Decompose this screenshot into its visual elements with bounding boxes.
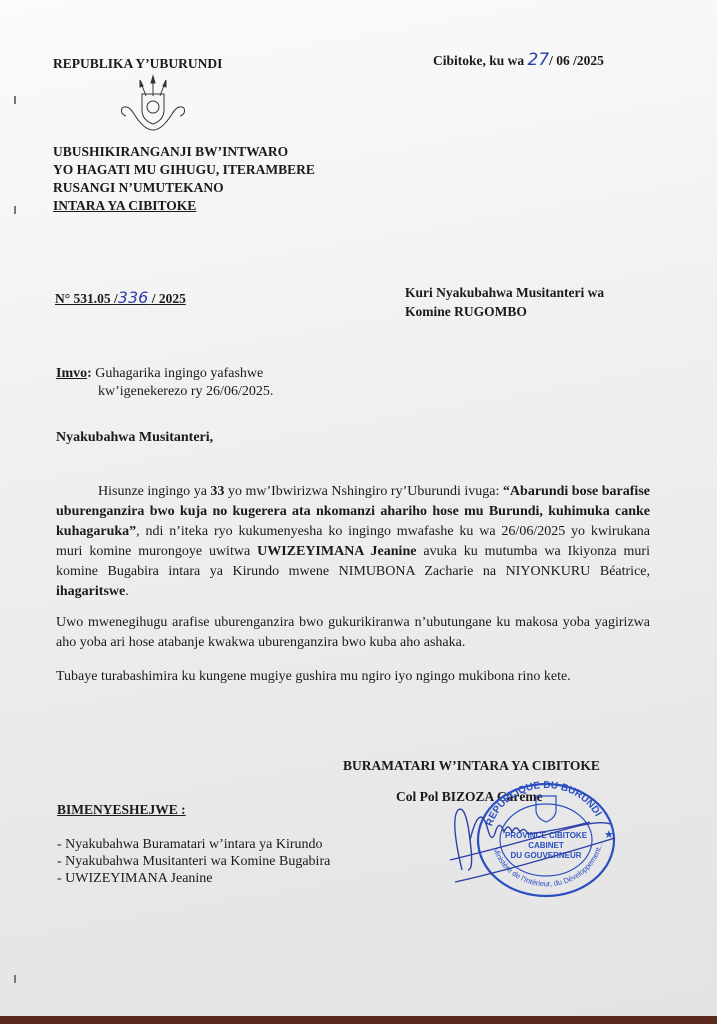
- body-paragraph-3: Tubaye turabashimira ku kungene mugiye g…: [56, 667, 650, 687]
- subject-colon: :: [87, 366, 92, 381]
- text-run: Hisunze ingingo ya: [98, 484, 210, 499]
- decision-word: ihagaritswe: [56, 584, 125, 599]
- reference-prefix: N° 531.05 /: [55, 291, 118, 306]
- letter-page: REPUBLIKA Y’UBURUNDI Cibitoke, ku wa 27/…: [0, 0, 717, 1016]
- handwritten-reference: 336: [118, 288, 149, 307]
- body-paragraph-2: Uwo mwenegihugu arafise uburenganzira bw…: [56, 613, 650, 653]
- cc-item: - Nyakubahwa Buramatari w’intara ya Kiru…: [57, 836, 330, 853]
- recipient-line: Komine RUGOMBO: [405, 302, 604, 321]
- subject-line: Guhagarika ingingo yafashwe: [95, 366, 263, 381]
- ministry-line: RUSANGI N’UMUTEKANO: [53, 179, 315, 197]
- body-paragraph-1: Hisunze ingingo ya 33 yo mw’Ibwirizwa Ns…: [56, 482, 650, 602]
- salutation: Nyakubahwa Musitanteri,: [56, 430, 213, 446]
- ministry-block: UBUSHIKIRANGANJI BW’INTWARO YO HAGATI MU…: [53, 143, 315, 215]
- text-run: .: [125, 584, 129, 599]
- punch-mark: [14, 975, 16, 983]
- date-rest: / 06 /2025: [549, 53, 604, 68]
- cc-list: - Nyakubahwa Buramatari w’intara ya Kiru…: [57, 836, 330, 887]
- handwritten-day: 27: [528, 50, 550, 70]
- coat-of-arms-icon: [118, 74, 188, 134]
- subject-line: kw’igenekerezo ry 26/06/2025.: [56, 383, 273, 401]
- cc-item: - Nyakubahwa Musitanteri wa Komine Bugab…: [57, 853, 330, 870]
- place-date-prefix: Cibitoke, ku wa: [433, 53, 524, 68]
- place-date: Cibitoke, ku wa 27/ 06 /2025: [433, 50, 604, 70]
- signatory-title: BURAMATARI W’INTARA YA CIBITOKE: [343, 758, 600, 774]
- ministry-line: YO HAGATI MU GIHUGU, ITERAMBERE: [53, 161, 315, 179]
- recipient-line: Kuri Nyakubahwa Musitanteri wa: [405, 283, 604, 302]
- reference-suffix: / 2025: [152, 291, 186, 306]
- cc-heading: BIMENYESHEJWE :: [57, 802, 186, 818]
- subject-label: Imvo: [56, 366, 87, 381]
- punch-mark: [14, 206, 16, 214]
- cc-item: - UWIZEYIMANA Jeanine: [57, 870, 330, 887]
- republic-title: REPUBLIKA Y’UBURUNDI: [53, 56, 222, 72]
- punch-mark: [14, 96, 16, 104]
- recipient-block: Kuri Nyakubahwa Musitanteri wa Komine RU…: [405, 283, 604, 321]
- subject-block: Imvo: Guhagarika ingingo yafashwe kw’ige…: [56, 365, 273, 401]
- article-number: 33: [210, 484, 224, 499]
- signature-scribble-icon: [440, 800, 620, 890]
- reference-number: N° 531.05 /336 / 2025: [55, 288, 186, 307]
- province-name: INTARA YA CIBITOKE: [53, 197, 315, 215]
- text-run: yo mw’Ibwirizwa Nshingiro ry’Uburundi iv…: [224, 484, 503, 499]
- person-name: UWIZEYIMANA Jeanine: [257, 544, 416, 559]
- ministry-line: UBUSHIKIRANGANJI BW’INTWARO: [53, 143, 315, 161]
